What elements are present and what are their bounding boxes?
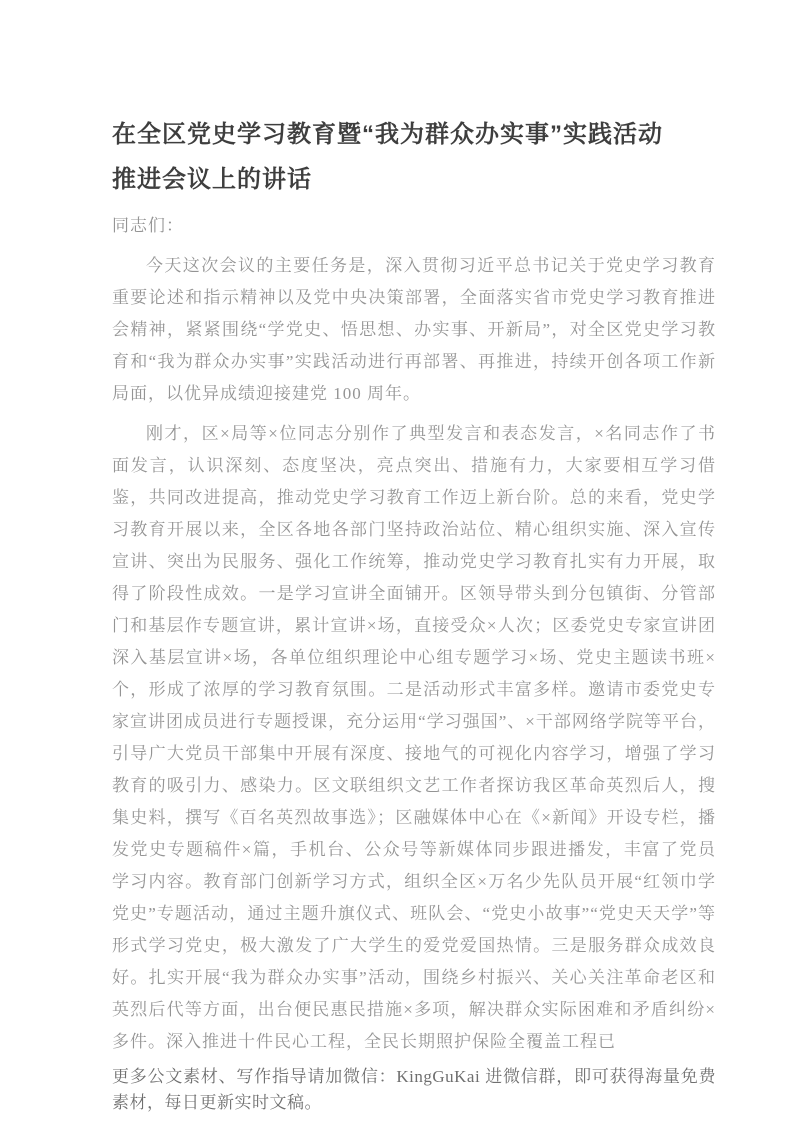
document-title: 在全区党史学习教育暨“我为群众办实事”实践活动推进会议上的讲话 <box>112 112 684 202</box>
paragraph-progress-review: 刚才，区×局等×位同志分别作了典型发言和表态发言，×名同志作了书面发言，认识深刻… <box>112 418 716 1058</box>
paragraph-meeting-task: 今天这次会议的主要任务是，深入贯彻习近平总书记关于党史学习教育重要论述和指示精神… <box>112 250 716 410</box>
document-content: 在全区党史学习教育暨“我为群众办实事”实践活动推进会议上的讲话 同志们： 今天这… <box>112 112 716 1116</box>
salutation: 同志们： <box>112 210 716 242</box>
promo-watermark-note: 更多公文素材、写作指导请加微信：KingGuKai 进微信群，即可获得海量免费素… <box>112 1064 716 1116</box>
document-page: 在全区党史学习教育暨“我为群众办实事”实践活动推进会议上的讲话 同志们： 今天这… <box>0 0 793 1122</box>
